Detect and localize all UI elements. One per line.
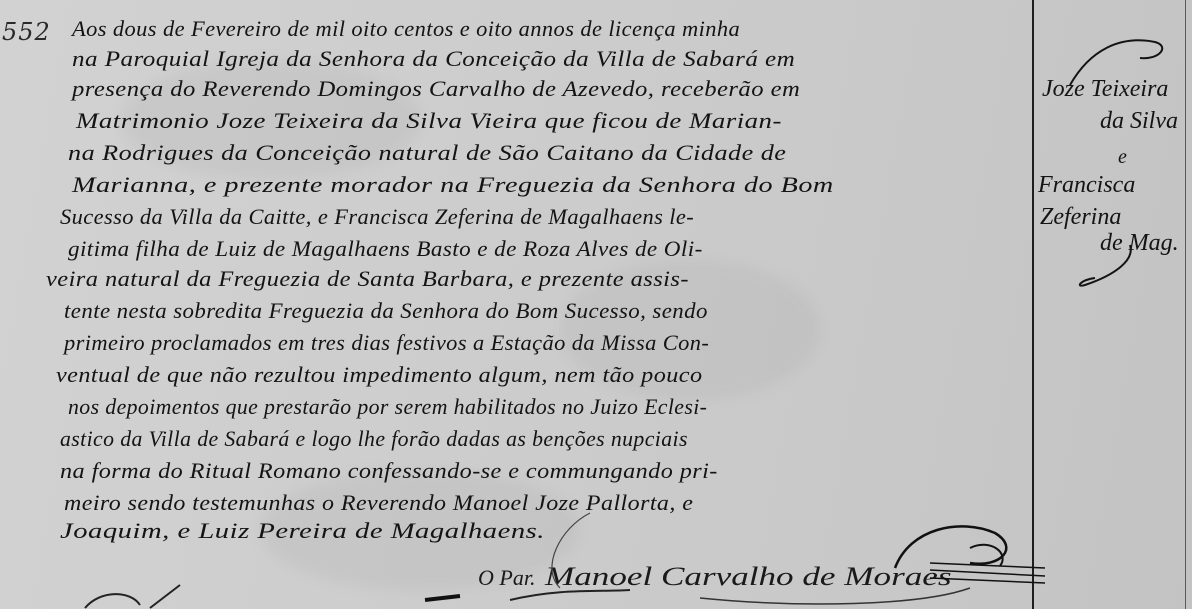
body-line-10: tente nesta sobredita Freguezia da Senho…: [64, 298, 708, 324]
margin-note-conjunction: e: [1118, 146, 1127, 169]
body-line-8: gitima filha de Luiz de Magalhaens Basto…: [68, 236, 703, 262]
body-line-7: Sucesso da Villa da Caitte, e Francisca …: [60, 204, 694, 230]
body-line-15: na forma do Ritual Romano confessando-se…: [60, 458, 718, 484]
body-line-5: na Rodrigues da Conceição natural de São…: [68, 140, 786, 166]
next-entry-mark-icon: [420, 590, 480, 609]
body-line-3: presença do Reverendo Domingos Carvalho …: [72, 76, 800, 102]
page-edge-line: [1185, 0, 1186, 609]
entry-number: 552: [2, 18, 51, 46]
body-line-11: primeiro proclamados em tres dias festiv…: [64, 330, 709, 356]
body-line-4: Matrimonio Joze Teixeira da Silva Vieira…: [76, 108, 782, 134]
signature-rubric-icon: [500, 508, 1060, 608]
margin-note-bride-middle: Zeferina: [1040, 204, 1121, 231]
body-line-1: Aos dous de Fevereiro de mil oito centos…: [72, 16, 740, 42]
next-entry-flourish-icon: [80, 580, 200, 609]
body-line-12: ventual de que não rezultou impedimento …: [56, 362, 703, 388]
margin-flourish-icon: [1075, 240, 1145, 310]
body-line-13: nos depoimentos que prestarão por serem …: [68, 394, 707, 420]
margin-flourish-icon: [1060, 30, 1180, 90]
body-line-9: veira natural da Freguezia de Santa Barb…: [46, 266, 689, 292]
body-line-14: astico da Villa de Sabará e logo lhe for…: [60, 426, 688, 452]
next-entry-start: [80, 580, 200, 609]
body-line-2: na Paroquial Igreja da Senhora da Concei…: [72, 46, 795, 72]
manuscript-page: 552 Aos dous de Fevereiro de mil oito ce…: [0, 0, 1192, 609]
body-line-6: Marianna, e prezente morador na Freguezi…: [72, 172, 834, 198]
margin-note-groom-surname: da Silva: [1100, 108, 1178, 135]
margin-note-bride-name: Francisca: [1038, 172, 1135, 199]
body-line-17: Joaquim, e Luiz Pereira de Magalhaens.: [60, 518, 545, 544]
